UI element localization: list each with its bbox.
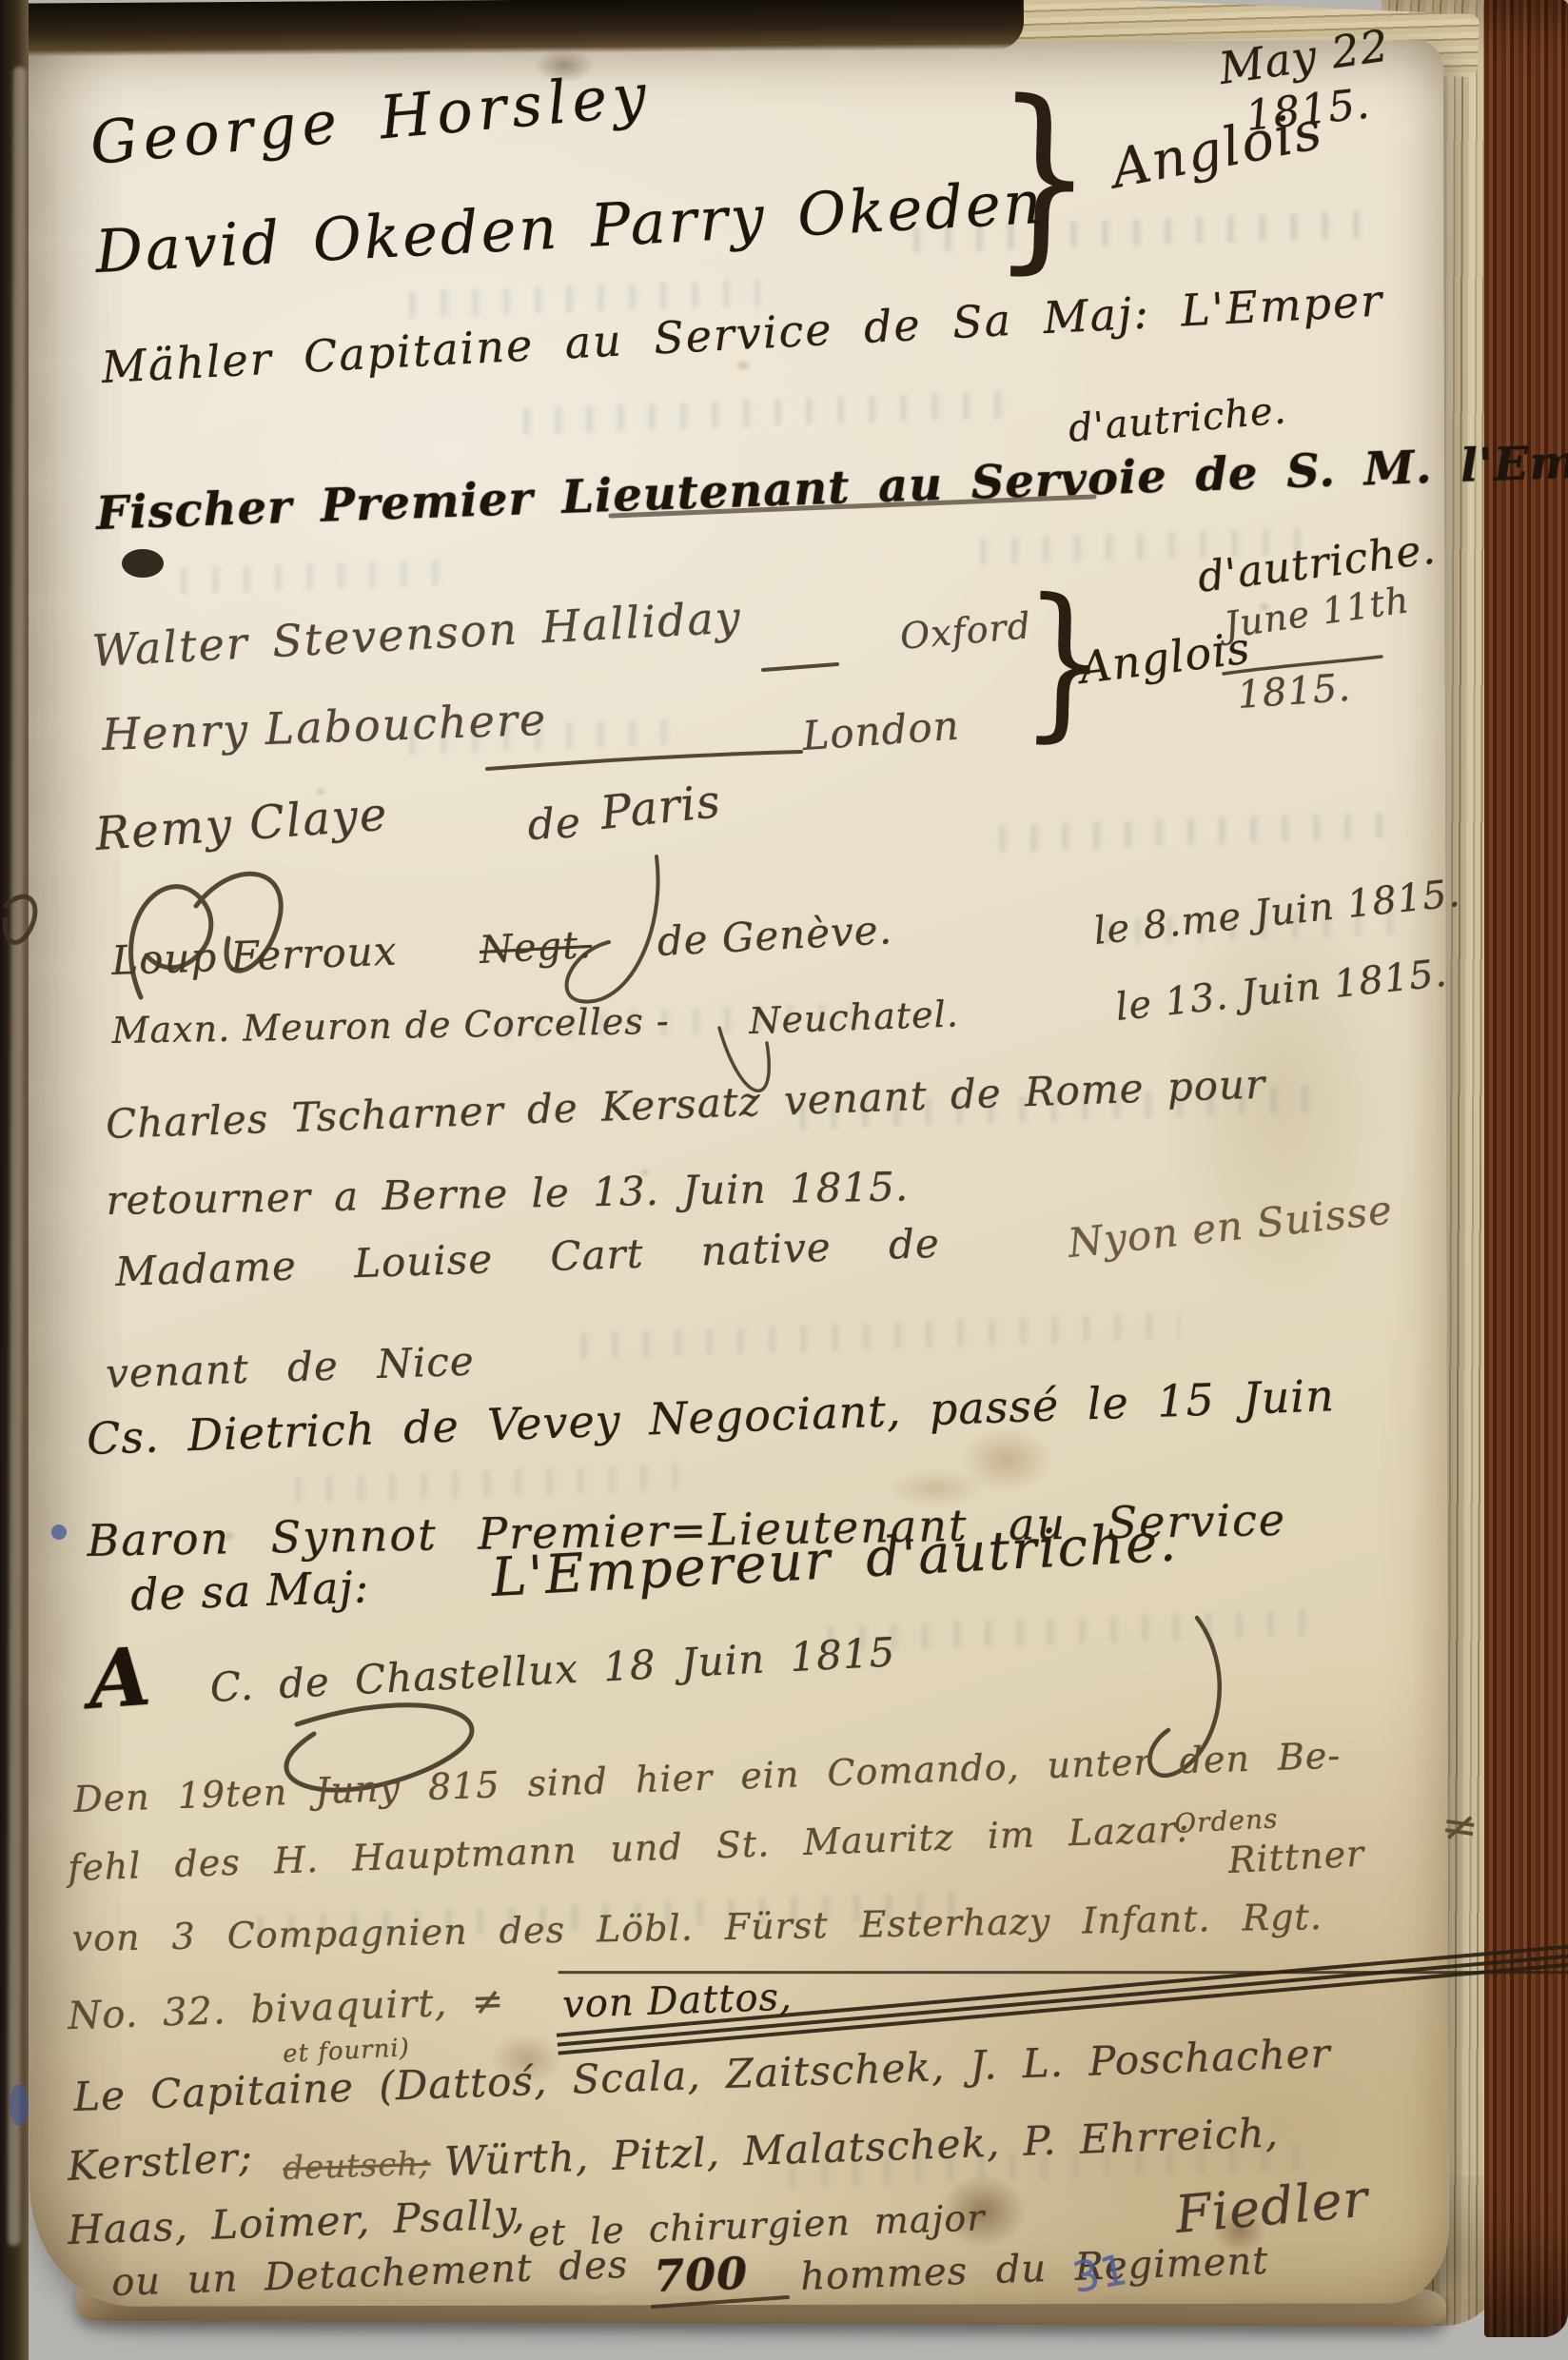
german-note-insertion-ordens: Ordens — [1173, 1804, 1279, 1838]
entry-claye-de: de — [527, 801, 583, 848]
entry-ferroux-name: Loup Ferroux — [110, 931, 398, 983]
manuscript-scan: George Horsley } Anglois May 22 1815. Da… — [0, 0, 1568, 2360]
group-year: 1815. — [1236, 668, 1352, 716]
entry-synnot-line2a: de sa Maj: — [129, 1563, 370, 1618]
margin-reference-mark: ≠ — [1439, 1800, 1482, 1851]
detachment-men-count: 700 — [653, 2251, 749, 2300]
entry-chastellux-initial: A — [86, 1635, 154, 1723]
entry-labouchere-place: London — [801, 705, 961, 758]
officer-list-struck: deutsch; — [283, 2148, 431, 2187]
officer-list-line2a: Kerstler; — [67, 2136, 254, 2188]
entry-meuron-place: Neuchatel. — [749, 995, 960, 1041]
entry-claye-place: Paris — [598, 777, 723, 837]
entry-ferroux-struck: Negt. — [479, 925, 593, 971]
binding-top-edge — [0, 0, 1024, 57]
page-number-pencil: 31 — [1069, 2249, 1131, 2302]
german-note-line2-end: Rittner — [1227, 1836, 1365, 1880]
